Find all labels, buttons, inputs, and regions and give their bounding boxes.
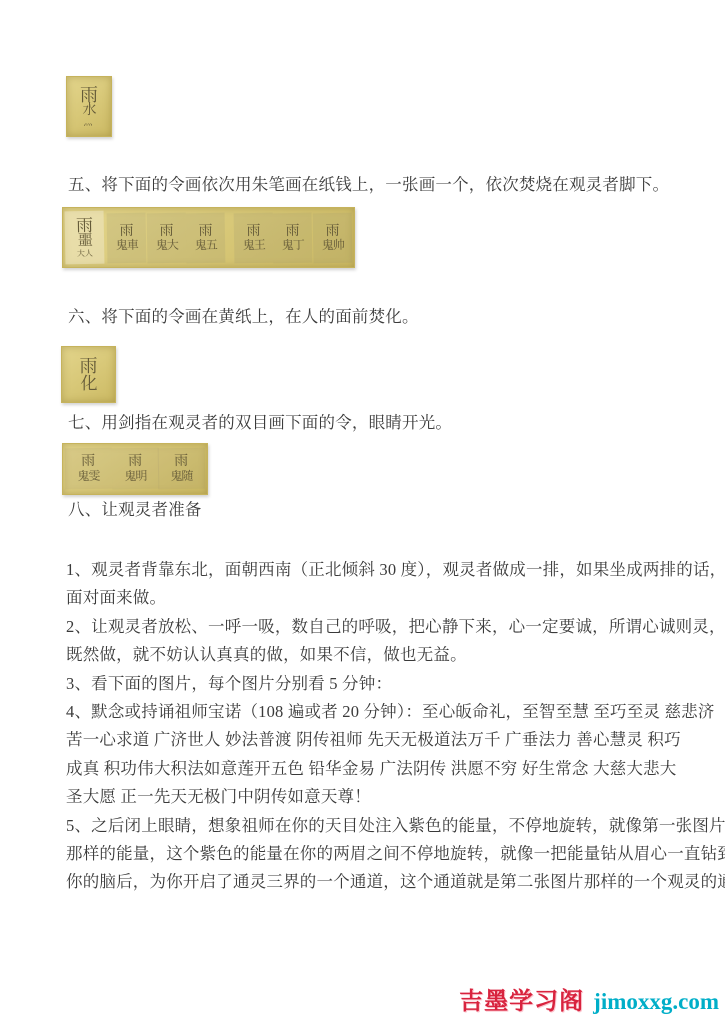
- talisman-glyph-row: 雨: [246, 224, 260, 239]
- talisman-glyph: 雨鬼帅: [312, 212, 352, 262]
- talisman-glyph-row: 化: [81, 375, 97, 392]
- talisman-image-strip-five: 雨噩大人雨鬼車雨鬼大雨鬼五雨鬼王雨鬼丁雨鬼帅: [62, 207, 355, 268]
- body-text-line: 1、观灵者背靠东北，面朝西南（正北倾斜 30 度），观灵者做成一排，如果坐成两排…: [66, 556, 666, 584]
- body-text-line: 既然做，就不妨认认真真的做，如果不信，做也无益。: [66, 641, 666, 669]
- talisman-glyph-row: 鬼帅: [321, 238, 343, 251]
- talisman-glyph: 雨鬼五: [186, 212, 226, 262]
- document-page: 雨水灬 五、将下面的令画依次用朱笔画在纸钱上，一张画一个，依次焚烧在观灵者脚下。…: [0, 0, 725, 1024]
- body-text-line: 5、之后闭上眼睛，想象祖师在你的天目处注入紫色的能量，不停地旋转，就像第一张图片: [66, 812, 666, 840]
- talisman-glyph-row: 雨: [286, 224, 300, 239]
- body-text-line: 那样的能量，这个紫色的能量在你的两眉之间不停地旋转，就像一把能量钻从眉心一直钻到: [66, 840, 666, 868]
- body-text-line: 4、默念或持诵祖师宝诺（108 遍或者 20 分钟）：至心皈命礼，至智至慧 至巧…: [66, 698, 666, 726]
- body-text-line: 2、让观灵者放松、一呼一吸，数自己的呼吸，把心静下来，心一定要诚，所谓心诚则灵，: [66, 613, 666, 641]
- footer-watermark: 吉墨学习阁 jimoxxg.com: [459, 981, 719, 1016]
- talisman-glyph: 雨鬼雯: [65, 448, 112, 490]
- talisman-image-single-top: 雨水灬: [66, 76, 112, 137]
- talisman-glyph-row: 鬼丁: [282, 238, 304, 251]
- talisman-image-strip-seven: 雨鬼雯雨鬼明雨鬼随: [62, 443, 208, 495]
- talisman-glyph-row: 灬: [83, 118, 94, 127]
- body-paragraphs: 1、观灵者背靠东北，面朝西南（正北倾斜 30 度），观灵者做成一排，如果坐成两排…: [66, 556, 666, 897]
- talisman-glyph-row: 噩: [78, 234, 92, 250]
- body-text-line: 成真 积功伟大积法如意莲开五色 铅华金易 广法阴传 洪愿不穷 好生常念 大慈大悲…: [66, 755, 666, 783]
- talisman-glyph-row: 雨: [80, 86, 98, 104]
- body-text-line: 圣大愿 正一先天无极门中阴传如意天尊！: [66, 783, 666, 811]
- footer-brand-text: 吉墨学习阁: [459, 981, 584, 1016]
- talisman-glyph-row: 大人: [77, 250, 93, 258]
- talisman-glyph: 雨鬼王: [233, 212, 273, 262]
- body-text-line: 苦一心求道 广济世人 妙法普渡 阴传祖师 先天无极道法万千 广垂法力 善心慧灵 …: [66, 726, 666, 754]
- talisman-glyph-row: 鬼王: [242, 238, 264, 251]
- talisman-glyph-row: 雨: [120, 224, 134, 239]
- talisman-glyph-row: 鬼五: [195, 238, 217, 251]
- talisman-image-single-six: 雨化: [61, 346, 116, 403]
- talisman-glyph-row: 鬼明: [124, 470, 146, 483]
- section-heading-five: 五、将下面的令画依次用朱笔画在纸钱上，一张画一个，依次焚烧在观灵者脚下。: [68, 171, 668, 199]
- talisman-glyph-row: 鬼大: [156, 238, 178, 251]
- talisman-glyph: 雨鬼車: [107, 212, 147, 262]
- talisman-glyph: 雨化: [62, 347, 115, 402]
- talisman-glyph: 雨鬼丁: [273, 212, 313, 262]
- body-text-line: 面对面来做。: [66, 584, 666, 612]
- talisman-glyph: 雨噩大人: [65, 211, 105, 264]
- body-text-line: 你的脑后，为你开启了通灵三界的一个通道，这个通道就是第二张图片那样的一个观灵的通: [66, 868, 666, 896]
- section-heading-seven: 七、用剑指在观灵者的双目画下面的令，眼睛开光。: [68, 409, 668, 437]
- body-text-line: 3、看下面的图片，每个图片分别看 5 分钟：: [66, 670, 666, 698]
- talisman-glyph-row: 水: [83, 104, 96, 118]
- section-heading-six: 六、将下面的令画在黄纸上，在人的面前焚化。: [68, 303, 668, 331]
- talisman-glyph: 雨鬼明: [111, 448, 158, 490]
- talisman-glyph: 雨鬼大: [146, 212, 186, 262]
- talisman-glyph-row: 鬼雯: [77, 470, 99, 483]
- talisman-glyph-row: 雨: [80, 357, 98, 375]
- talisman-glyph: 雨鬼随: [158, 448, 205, 490]
- talisman-glyph-row: 鬼随: [171, 470, 193, 483]
- talisman-glyph-row: 雨: [159, 224, 173, 239]
- talisman-glyph-row: 雨: [199, 224, 213, 239]
- talisman-glyph-row: 鬼車: [116, 238, 138, 251]
- talisman-glyph-row: 雨: [325, 224, 339, 239]
- footer-site-text: jimoxxg.com: [593, 989, 719, 1015]
- talisman-glyph: 雨水灬: [67, 77, 111, 136]
- section-heading-eight: 八、让观灵者准备: [68, 496, 668, 524]
